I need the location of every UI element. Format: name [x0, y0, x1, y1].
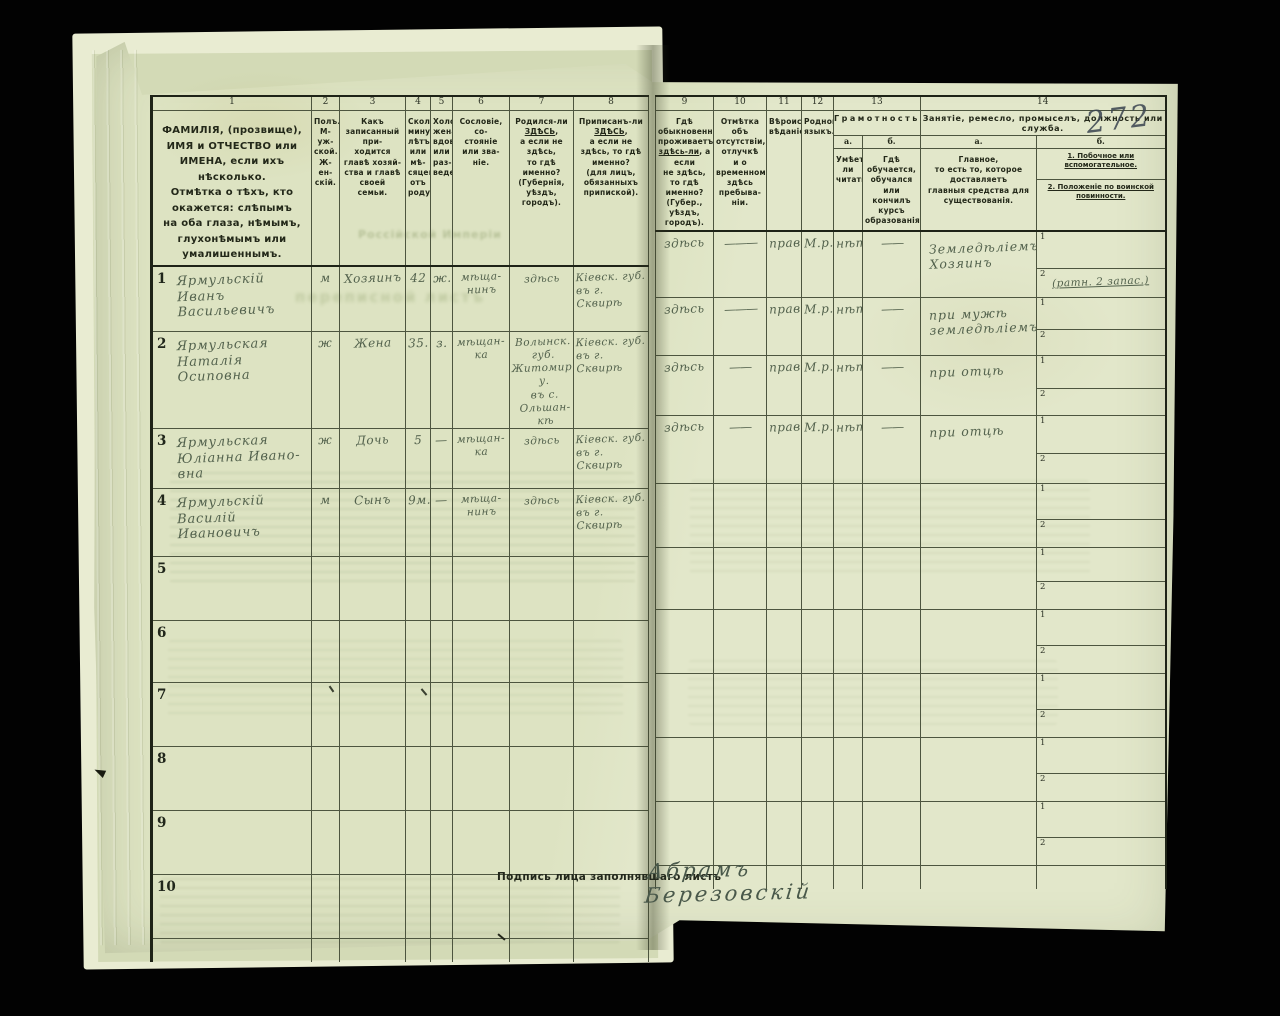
cell-relation: Сынъ — [352, 488, 393, 508]
table-row: здѣсь —— прав. М.р. нѣтъ —— при отцѣ 12 — [656, 355, 1166, 415]
table-bottom-stub — [152, 938, 649, 962]
cell-age: 42 — [408, 266, 429, 285]
row-number: 10 — [153, 875, 176, 895]
row-number: 7 — [153, 683, 175, 703]
cell-where-studied: —— — [878, 415, 905, 434]
row-number: 2 — [153, 332, 175, 352]
table-row: здѣсь ——— прав. М.р. нѣтъ —— при мужѣ зе… — [656, 297, 1166, 355]
col-number: 6 — [453, 96, 510, 111]
sub-label: 1 — [1040, 484, 1045, 494]
sub-label: 2 — [1040, 269, 1045, 279]
cell-sex: ж — [316, 429, 335, 448]
header-where-studied: Гдѣ обучается, обучался или кончилъ курс… — [863, 149, 920, 228]
row-number: 5 — [153, 557, 175, 577]
cell-relation: Дочь — [354, 428, 392, 448]
col-number: 2 — [312, 96, 340, 111]
header-marital: Холостъ, женатъ, вдовъ или раз- веденъ. — [431, 111, 452, 180]
cell-occupation: при мужѣ земледѣліемъ — [921, 297, 1037, 338]
sub-label: 2 — [1040, 520, 1045, 530]
table-row: 9 — [152, 810, 649, 874]
sub-label: 1 — [1040, 610, 1045, 620]
table-row: 10 — [152, 874, 649, 938]
sub-label: 2 — [1040, 774, 1045, 784]
sub-label: 1 — [1040, 298, 1045, 308]
sub-label: 2 — [1040, 454, 1045, 464]
sub-label: 2 — [1040, 646, 1045, 656]
row-number: 1 — [153, 267, 175, 287]
row-number: 8 — [153, 747, 175, 767]
sub-label: 1 — [1040, 416, 1045, 426]
header-side-occupation: 1. Побочное или вспомогательное. 2. Поло… — [1037, 149, 1165, 209]
table-row: 4Ярмульскій Василій Ивановичъ м Сынъ 9м.… — [152, 488, 649, 556]
cell-religion: прав. — [767, 415, 802, 435]
cell-marital: — — [433, 429, 450, 448]
cell-marital: ж. — [431, 266, 453, 285]
col-number: 10 — [714, 96, 767, 111]
table-row: 12 — [656, 737, 1166, 801]
header-estate: Сословіе, со- стояніе или зва- ніе. — [453, 111, 509, 170]
sub-label: 1 — [1040, 802, 1045, 812]
cell-literacy: нѣтъ — [834, 297, 863, 317]
cell-name: Ярмульскій Иванъ Васильевичъ — [174, 266, 311, 321]
subletter-a: а. — [834, 136, 862, 147]
cell-language: М.р. — [802, 297, 834, 316]
col-number: 11 — [767, 96, 802, 111]
subletter-a: а. — [921, 136, 1036, 147]
cell-age: 5 — [412, 429, 425, 448]
header-absence: Отмѣтка объ отсутствіи, отлучкѣ и о врем… — [714, 111, 766, 210]
cell-estate: мѣщан- ка — [454, 428, 507, 460]
header-military-status: 2. Положеніе по воинской повинности. — [1037, 179, 1165, 216]
sub-label: 1 — [1040, 548, 1045, 558]
cell-language: М.р. — [802, 355, 834, 374]
header-language: Родной языкъ. — [802, 111, 833, 139]
cell-estate: мѣща- нинъ — [458, 488, 504, 520]
table-row: 1Ярмульскій Иванъ Васильевичъ м Хозяинъ … — [152, 266, 649, 332]
row-number: 3 — [153, 429, 175, 449]
sub-label: 1 — [1040, 738, 1045, 748]
cell-birthplace: здѣсь — [521, 490, 561, 509]
page-fold-shadow — [636, 45, 670, 950]
header-birthplace: Родился-ли ЗДѢСЬ, а если не здѣсь, то гд… — [510, 111, 573, 210]
cell-where-studied: —— — [878, 232, 905, 251]
cell-literacy: нѣтъ — [834, 415, 863, 435]
table-row: 12 — [656, 483, 1166, 547]
cell-estate: мѣща- нинъ — [458, 266, 504, 298]
cell-marital: — — [433, 489, 450, 508]
cell-language: М.р. — [802, 415, 834, 434]
col-number: 13 — [834, 96, 921, 111]
cell-estate: мѣщан- ка — [454, 332, 507, 364]
header-relation: Какъ записанный при- ходится главѣ хозяй… — [340, 111, 405, 200]
sub-label: 1 — [1040, 356, 1045, 366]
sub-label: 1 — [1040, 674, 1045, 684]
table-row: 7 — [152, 682, 649, 746]
table-row: здѣсь ——— прав. М.р. нѣтъ —— Земледѣліем… — [656, 231, 1166, 297]
paper-stack-lines — [92, 50, 152, 945]
cell-occupation: Земледѣліемъ Хозяинъ — [921, 231, 1037, 272]
table-row: 2Ярмульская Наталія Осиповна ж Жена 35. … — [152, 332, 649, 429]
header-surname: ФАМИЛІЯ, (прозвище), ИМЯ и ОТЧЕСТВО или … — [153, 111, 311, 265]
header-religion: Вѣроиспо- вѣданіе. — [767, 111, 801, 139]
cell-where-studied: —— — [878, 297, 905, 316]
cell-relation: Жена — [351, 332, 393, 352]
cell-religion: прав. — [767, 297, 802, 317]
table-row: 6 — [152, 620, 649, 682]
header-literacy-group: Грамотность. — [834, 111, 920, 125]
cell-sex: м — [318, 266, 333, 285]
sub-label: 2 — [1040, 582, 1045, 592]
cell-religion: прав. — [767, 232, 802, 252]
table-row: 5 — [152, 556, 649, 620]
row-number: 6 — [153, 621, 175, 641]
cell-name: Ярмульская Юліанна Ивано- вна — [174, 428, 303, 482]
census-table-left-page: 1 2 3 4 5 6 7 8 ФАМИЛІЯ, (прозвище), ИМЯ… — [150, 95, 649, 962]
table-row: здѣсь —— прав. М.р. нѣтъ —— при отцѣ 12 — [656, 415, 1166, 483]
header-age: Сколько минуло лѣтъ или мѣ- сяцевъ отъ р… — [406, 111, 430, 200]
cell-absence: ——— — [721, 232, 759, 252]
signature-handwriting: Абрамъ Березовскій — [643, 852, 928, 907]
cell-where-studied: —— — [878, 355, 905, 374]
cell-name: Ярмульскій Василій Ивановичъ — [174, 488, 311, 543]
col-number: 1 — [152, 96, 312, 111]
sub-label: 2 — [1040, 330, 1045, 340]
row-number: 9 — [153, 811, 175, 831]
cell-birthplace: здѣсь — [521, 430, 561, 449]
cell-relation: Хозяинъ — [341, 266, 403, 286]
header-sex: Полъ. М-уж- ской. Ж-ен- скій. — [312, 111, 339, 190]
sub-label: 2 — [1040, 389, 1045, 399]
cell-absence: —— — [727, 415, 754, 434]
cell-sex: м — [318, 489, 333, 508]
cell-literacy: нѣтъ — [834, 355, 863, 375]
table-row: 3Ярмульская Юліанна Ивано- вна ж Дочь 5 … — [152, 428, 649, 488]
cell-absence: ——— — [721, 297, 759, 317]
col-number: 4 — [406, 96, 431, 111]
table-row: 12 — [656, 547, 1166, 609]
header-main-occupation: Главное, то есть то, которое доставляетъ… — [921, 149, 1036, 208]
table-row: 12 — [656, 609, 1166, 673]
scanned-census-sheet: Россійской Имперіи переписной листъ 1 2 … — [0, 0, 1280, 1016]
col-number: 3 — [340, 96, 406, 111]
table-row: 8 — [152, 746, 649, 810]
col-number: 5 — [431, 96, 453, 111]
cell-birthplace: здѣсь — [521, 268, 561, 287]
cell-marital: з. — [433, 332, 449, 351]
subletter-b: б. — [863, 136, 920, 147]
table-row: 12 — [656, 673, 1166, 737]
cell-absence: —— — [727, 355, 754, 374]
cell-occupation: при отцѣ — [921, 415, 1005, 440]
cell-age: 35. — [406, 332, 431, 351]
sub-label: 2 — [1040, 710, 1045, 720]
cell-occupation: при отцѣ — [921, 355, 1005, 380]
row-number: 4 — [153, 489, 175, 509]
column-number-row: 1 2 3 4 5 6 7 8 — [152, 96, 649, 111]
sub-label: 1 — [1040, 232, 1045, 242]
cell-birthplace: Волынск. губ. Житомир. у. въ с. Ольшан- … — [510, 332, 574, 429]
cell-sex: ж — [316, 332, 335, 351]
cell-military: (ратн. 2 запас.) — [1050, 270, 1151, 290]
cell-literacy: нѣтъ — [834, 232, 863, 252]
cell-language: М.р. — [802, 232, 834, 252]
cell-name: Ярмульская Наталія Осиповна — [174, 332, 311, 387]
col-number: 7 — [510, 96, 574, 111]
header-row: ФАМИЛІЯ, (прозвище), ИМЯ и ОТЧЕСТВО или … — [152, 111, 649, 266]
cell-age: 9м. — [406, 488, 431, 507]
col-number: 12 — [802, 96, 834, 111]
sub-label: 2 — [1040, 838, 1045, 848]
census-table-right-page: 9 10 11 12 13 14 Гдѣ обыкновенно прожива… — [655, 95, 1167, 889]
cell-religion: прав. — [767, 355, 802, 375]
header-can-read: Умѣетъ- ли читать? — [834, 149, 862, 187]
